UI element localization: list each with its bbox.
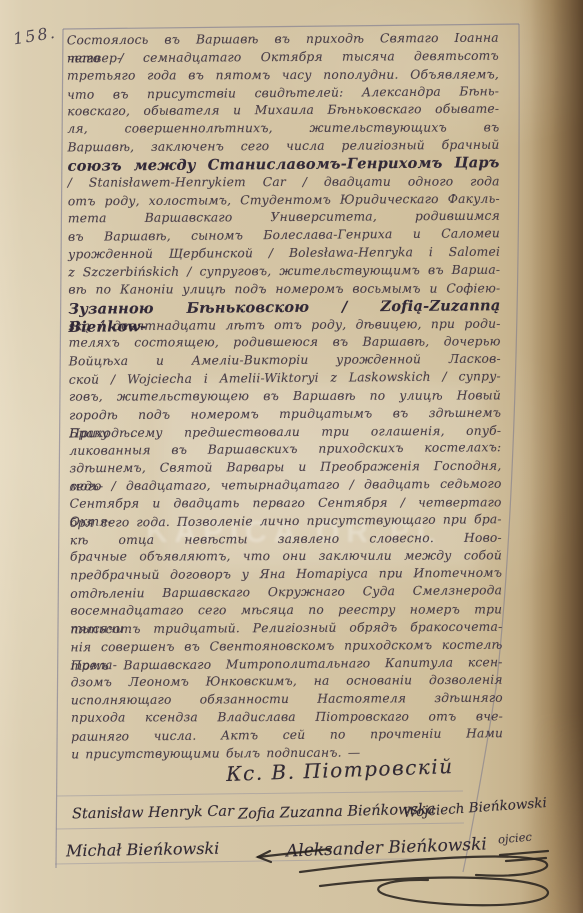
signature-witness-michal: Michał Bieńkowski	[66, 839, 220, 861]
manuscript-line: рашняго числа. Актъ сей по прочтеніи Нам…	[71, 725, 503, 747]
manuscript-line: исполняющаго обязанности Настоятеля здѣш…	[71, 690, 503, 710]
manuscript-line: теляхъ состоящею, родившеюся въ Варшавѣ,…	[69, 334, 501, 353]
manuscript-line: мого / двадцатаго, четырнадцатаго / двад…	[69, 476, 501, 496]
manuscript-line: ской / Wojciecha i Amelii-Wiktoryi z Las…	[69, 368, 501, 390]
manuscript-line: Сентября и двадцать перваго Сентября / ч…	[70, 494, 502, 513]
act-text-block: Состоялось въ Варшавѣ въ приходѣ Святаго…	[67, 30, 503, 764]
manuscript-line: ля, совершеннолѣтнихъ, жительствующихъ в…	[67, 120, 499, 139]
manuscript-line: говъ, жительствующею въ Варшавѣ по улицѣ…	[69, 387, 501, 406]
manuscript-line: / Stanisławem-Henrykiem Car / двадцати о…	[68, 173, 500, 192]
manuscript-line: вѣ по Каноніи улицѣ подъ номеромъ восьмы…	[68, 280, 500, 299]
manuscript-line: что въ присутствіи свидѣтелей: Александр…	[67, 83, 499, 105]
signature-groom: Stanisław Henryk Car	[72, 804, 234, 823]
manuscript-line: бря сего года. Позволеніе лично присутст…	[70, 511, 502, 533]
manuscript-line: z Szczerbińskich / супруговъ, жительству…	[68, 262, 500, 282]
manuscript-line: прихода ксендза Владислава Піотровскаго …	[71, 708, 503, 727]
binding-shadow	[531, 0, 583, 913]
manuscript-line: восемнадцатаго сего мѣсяца по реестру но…	[70, 601, 502, 620]
signature-father-note: ojciec	[497, 830, 532, 847]
manuscript-line: таго / семнадцатаго Октября тысяча девят…	[67, 48, 499, 68]
signature-witness-aleksander: Aleksander Bieńkowski	[286, 835, 487, 862]
manuscript-line: томъ Варшавскаго Митрополитальнаго Капит…	[71, 654, 503, 676]
manuscript-line: городѣ подъ номеромъ тридцатымъ въ здѣшн…	[69, 404, 501, 424]
manuscript-line: третьяго года въ пятомъ часу пополудни. …	[67, 66, 499, 85]
manuscript-line: брачные объявляютъ, что они заключили ме…	[70, 548, 502, 567]
scanned-register-page: KAPICA OR.PL 158. Состоялось въ Варшавѣ …	[0, 0, 583, 913]
manuscript-line: пятьсотъ тридцатый. Религіозный обрядъ б…	[70, 619, 502, 639]
entry-number: 158.	[12, 23, 58, 49]
signature-father: Wojciech Bieńkowski	[403, 795, 548, 821]
manuscript-line: союзъ между Станиславомъ-Генрихомъ Царъ	[68, 154, 500, 176]
manuscript-line: Зузанною Бѣньковскою / Zofią-Zuzanną Bie…	[68, 297, 500, 319]
